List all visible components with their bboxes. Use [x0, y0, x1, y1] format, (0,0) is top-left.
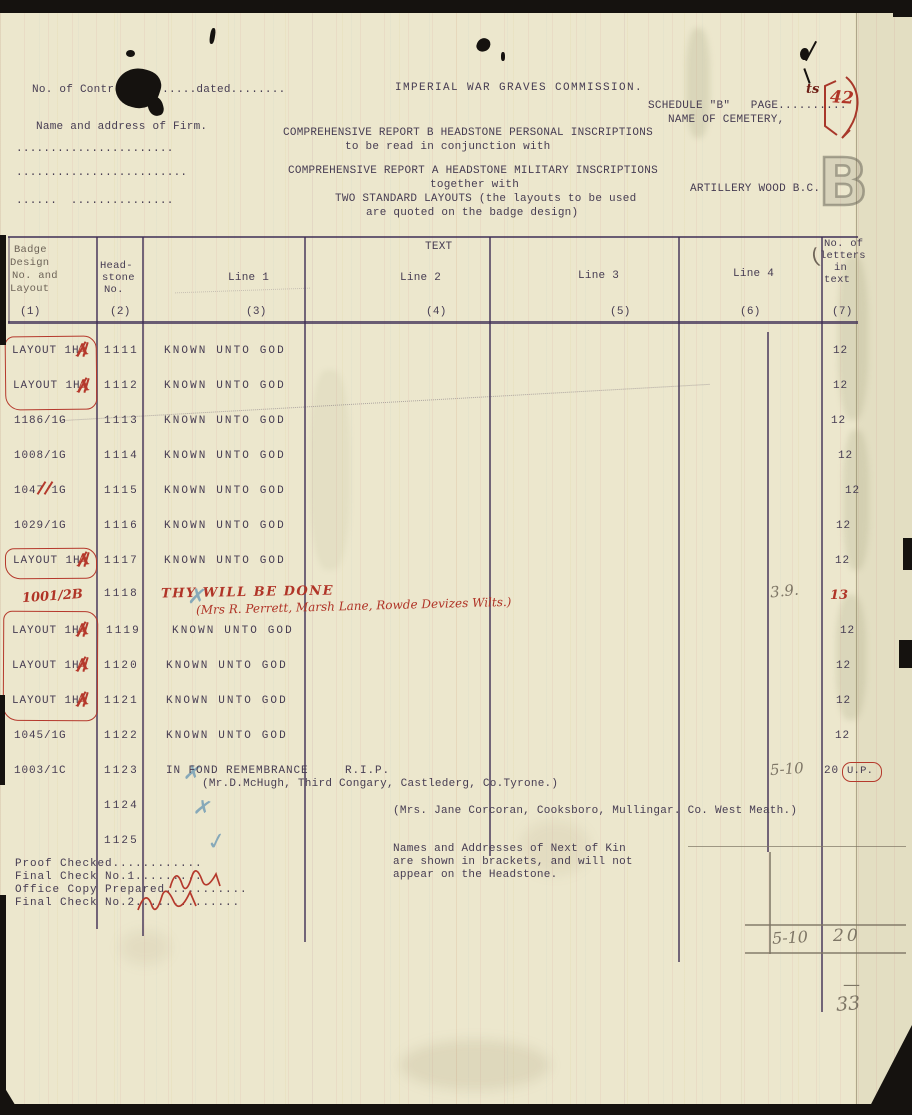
pencil-note: 3.9. [769, 581, 799, 602]
letters-cell: 20 [824, 765, 839, 777]
line2-cell: R.I.P. [345, 765, 390, 777]
col2-number: (2) [110, 306, 131, 318]
badge-design-cell: LAYOUT 1H [13, 555, 81, 567]
text-span-header: TEXT [425, 241, 452, 253]
letters-cell: 12 [835, 730, 850, 742]
report-b-title: COMPREHENSIVE REPORT B HEADSTONE PERSONA… [283, 127, 653, 139]
letters-cell: 12 [840, 625, 855, 637]
badge-design-cell: 1029/1G [14, 520, 67, 532]
badge-design-cell: LAYOUT 1H [12, 695, 80, 707]
col3-header: Line 1 [228, 272, 269, 284]
report-a-title: COMPREHENSIVE REPORT A HEADSTONE MILITAR… [288, 165, 658, 177]
letters-cell: 12 [838, 450, 853, 462]
bleedthrough-ghost [310, 370, 350, 570]
ink-blot [501, 52, 505, 61]
column-divider [489, 237, 491, 856]
column-divider [767, 332, 769, 852]
col2-header: No. [104, 284, 124, 296]
pencil-rule [745, 952, 906, 954]
headstone-no-cell: 1124 [104, 800, 139, 812]
scan-right-edge-mark [903, 538, 912, 570]
col7-header: text [824, 274, 850, 286]
col3-number: (3) [246, 306, 267, 318]
headstone-no-cell: 1113 [104, 415, 139, 427]
badge-design-cell: LAYOUT 1H [12, 660, 80, 672]
col4-header: Line 2 [400, 272, 441, 284]
letters-cell: 12 [831, 415, 846, 427]
col2-header: Head- [100, 260, 133, 272]
line1-cell: KNOWN UNTO GOD [164, 555, 286, 567]
letters-cell: 12 [836, 520, 851, 532]
headstone-no-cell: 1120 [104, 660, 139, 672]
badge-annotation-scribble: A [76, 375, 91, 396]
letter-b-stamp: B [818, 153, 868, 213]
firm-label: Name and address of Firm. [36, 121, 207, 133]
headstone-no-cell: 1125 [104, 835, 139, 847]
badge-design-cell: LAYOUT 1H [12, 625, 80, 637]
firm-dotted-line: ......................... [16, 167, 187, 179]
cemetery-name: ARTILLERY WOOD B.C. [690, 183, 820, 195]
schedule-page-line: SCHEDULE "B" PAGE.......... [648, 100, 847, 112]
org-title: IMPERIAL WAR GRAVES COMMISSION. [395, 82, 643, 94]
line1-cell: KNOWN UNTO GOD [166, 660, 288, 672]
line1-cell: KNOWN UNTO GOD [164, 485, 286, 497]
badge-design-cell: 1045/1G [14, 730, 67, 742]
kin-note-line: are shown in brackets, and will not [393, 856, 633, 868]
line1-cell: KNOWN UNTO GOD [166, 695, 288, 707]
col7-header: in [834, 262, 847, 274]
pencil-rule [688, 846, 906, 847]
letters-cell: 12 [833, 380, 848, 392]
summary-letters: 20 [833, 926, 861, 946]
col6-number: (6) [740, 306, 761, 318]
badge-design-cell: LAYOUT 1H [13, 380, 81, 392]
badge-annotation-scribble: A [75, 339, 90, 360]
badge-annotation-scribble: A [75, 654, 90, 675]
scan-left-edge-mark [0, 235, 6, 345]
kin-note-line: appear on the Headstone. [393, 869, 557, 881]
letters-cell: 12 [845, 485, 860, 497]
column-divider [678, 237, 680, 962]
table-header-border [8, 321, 858, 324]
scan-corner [893, 0, 912, 17]
letters-cell: 12 [835, 555, 850, 567]
report-b-subtitle: to be read in conjunction with [345, 141, 551, 153]
table-left-border [8, 237, 10, 323]
layouts-line: TWO STANDARD LAYOUTS (the layouts to be … [335, 193, 636, 205]
headstone-no-cell: 1123 [104, 765, 139, 777]
col6-header: Line 4 [733, 268, 774, 280]
column-divider [821, 237, 823, 1012]
column-divider [96, 237, 98, 929]
layouts-line: are quoted on the badge design) [366, 207, 578, 219]
column-divider [142, 237, 144, 936]
col4-number: (4) [426, 306, 447, 318]
scan-right-edge-mark [899, 640, 912, 668]
letters-cell: 12 [836, 695, 851, 707]
badge-annotation-scribble: A [76, 549, 91, 570]
headstone-no-cell: 1111 [104, 345, 139, 357]
pencil-column-line [769, 852, 771, 954]
page-note-handwritten: ts [806, 82, 819, 97]
summary-total: 33 [835, 992, 861, 1016]
line1-handwritten: THY WILL BE DONE [161, 583, 334, 601]
scan-left-edge-mark [0, 895, 6, 1107]
firm-dotted-line: ...... ............... [16, 195, 174, 207]
firm-dotted-line: ....................... [16, 143, 174, 155]
letters-cell-handwritten: 13 [830, 588, 848, 603]
scan-bottom-edge [0, 1104, 912, 1115]
headstone-no-cell: 1122 [104, 730, 139, 742]
badge-design-cell: 1186/1G [14, 415, 67, 427]
headstone-no-cell: 1114 [104, 450, 139, 462]
ink-blot [126, 50, 135, 57]
kin-note-line: Names and Addresses of Next of Kin [393, 843, 626, 855]
line1-cell: KNOWN UNTO GOD [164, 415, 286, 427]
col5-number: (5) [610, 306, 631, 318]
col7-header: letters [820, 250, 866, 262]
col1-header: No. and [12, 270, 58, 282]
headstone-no-cell: 1112 [104, 380, 139, 392]
headstone-no-cell: 1119 [106, 625, 141, 637]
headstone-no-cell: 1121 [104, 695, 139, 707]
letters-cell: 12 [836, 660, 851, 672]
headstone-no-cell: 1117 [104, 555, 139, 567]
signature-scribble [130, 862, 250, 917]
badge-annotation-scribble: A [75, 689, 90, 710]
up-note: U.P. [847, 765, 873, 777]
line1-cell: KNOWN UNTO GOD [164, 520, 286, 532]
report-a-subtitle: together with [430, 179, 519, 191]
badge-annotation-scribble: A [75, 619, 90, 640]
line1-cell: KNOWN UNTO GOD [166, 730, 288, 742]
pencil-note: 5-10 [769, 759, 804, 779]
scanned-document-page: No. of Contr............dated........ IM… [0, 0, 912, 1115]
col7-header: No. of [824, 238, 863, 250]
summary-pencil-range: 5-10 [772, 927, 809, 948]
col7-number: (7) [832, 306, 853, 318]
next-of-kin-cell: (Mrs. Jane Corcoran, Cooksboro, Mullinga… [393, 805, 797, 817]
headstone-no-cell: 1115 [104, 485, 139, 497]
badge-design-cell: 1008/1G [14, 450, 67, 462]
letters-cell: 12 [833, 345, 848, 357]
headstone-no-cell: 1118 [104, 588, 139, 600]
badge-design-cell: 1003/1C [14, 765, 67, 777]
scan-top-edge [0, 0, 912, 13]
line1-cell: IN FOND REMEMBRANCE [166, 765, 309, 777]
col1-header: Badge [14, 244, 47, 256]
pencil-rule [745, 924, 906, 926]
col2-header: stone [102, 272, 135, 284]
badge-design-cell: LAYOUT 1H [12, 345, 80, 357]
cemetery-label: NAME OF CEMETERY, [668, 114, 784, 126]
line1-cell: KNOWN UNTO GOD [164, 450, 286, 462]
next-of-kin-cell: (Mr.D.McHugh, Third Congary, Castlederg,… [202, 778, 558, 790]
col5-header: Line 3 [578, 270, 619, 282]
col1-number: (1) [20, 306, 41, 318]
paper-stain [400, 1040, 550, 1090]
line1-cell: KNOWN UNTO GOD [164, 345, 286, 357]
paper-stain [120, 930, 170, 965]
line1-cell: KNOWN UNTO GOD [172, 625, 294, 637]
col1-header: Design [10, 257, 49, 269]
line1-cell: KNOWN UNTO GOD [164, 380, 286, 392]
headstone-no-cell: 1116 [104, 520, 139, 532]
scan-left-edge-mark [0, 695, 5, 785]
table-top-border [8, 236, 858, 238]
col1-header: Layout [10, 283, 49, 295]
page-number-handwritten: 42 [829, 87, 854, 109]
